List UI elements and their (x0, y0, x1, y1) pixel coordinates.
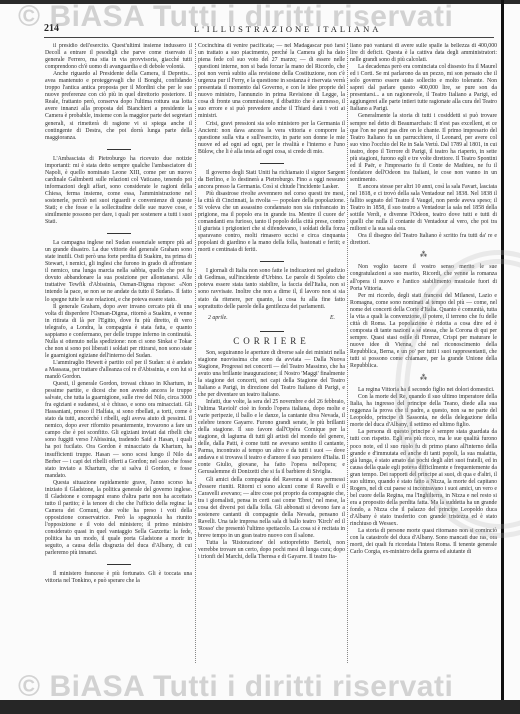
article-paragraph: Ora il disegno del Teatro Italiano è scr… (350, 233, 497, 247)
article-paragraph: E ancora stesse per altri 10 anni, così … (350, 184, 497, 233)
section-separator (107, 149, 131, 150)
article-paragraph: Più disastrose rivolte avvennero nel cor… (198, 191, 345, 254)
article-paragraph: Crisi, gravi pressioni sia solo minister… (198, 121, 345, 156)
dateline: 2 aprile. (208, 315, 228, 322)
article-paragraph: Il ministero francese è più fortunato. G… (45, 571, 192, 585)
section-heading: CORRIERE (198, 338, 345, 345)
article-paragraph: La campagna inglese nel Sudan essenziale… (45, 240, 192, 303)
article-paragraph: liano può vantarsi di avere sulle spalle… (350, 43, 497, 64)
column-divider (195, 43, 196, 663)
article-paragraph: Gli amici della compagnia del Ravenna si… (198, 477, 345, 540)
article-paragraph: La decadenza però era cominciata col dis… (350, 64, 497, 113)
section-separator (107, 564, 131, 565)
author-initial: E. (330, 315, 335, 322)
dateline-signature: 2 aprile.E. (198, 311, 345, 324)
article-paragraph: il presidio dell'esercito. Quest'ultimi … (45, 43, 192, 71)
section-separator (107, 233, 131, 234)
section-separator (260, 331, 284, 332)
article-paragraph: L'Ambasciata di Pietroburgo ha ricevuto … (45, 156, 192, 226)
article-paragraph: L'ammiraglio Hewett è partito col per il… (45, 360, 192, 381)
section-separator (260, 261, 284, 262)
column-1: il presidio dell'esercito. Quest'ultimi … (45, 43, 192, 663)
header-rule (44, 37, 494, 38)
article-paragraph: Il generale Graham, dopo aver invano cer… (45, 304, 192, 360)
article-paragraph: Questa situazione rapidamente grave, l'a… (45, 480, 192, 558)
article-paragraph: I giornali di Italia non sono fatte le i… (198, 268, 345, 310)
column-divider (347, 43, 348, 663)
article-paragraph: Generalmente la storia di tutti i cosidd… (350, 113, 497, 183)
article-paragraph: Son, seguiranno le aperture di diverse s… (198, 350, 345, 399)
copyright-watermark-top: © BiASA Tutti i diritti riservati (18, 0, 453, 34)
article-paragraph: Cocinchina di venire pacificata; — nel M… (198, 43, 345, 121)
article-paragraph: Infatti, due volte, la sera del 25 novem… (198, 399, 345, 477)
article-paragraph: Questi, il generale Gordon, trovasi chiu… (45, 381, 192, 480)
column-2: Cocinchina di venire pacificata; — nel M… (198, 43, 345, 663)
copyright-watermark-bottom: © BiASA Tutti i diritti riservati (18, 670, 453, 704)
article-paragraph: Tutta la 'Ristorazione' del sottoprefett… (198, 540, 345, 561)
section-separator (260, 163, 284, 164)
article-paragraph: Il governo degli Stati Uniti ha richiama… (198, 170, 345, 191)
article-paragraph: Anche riguardo al Presidente della Camer… (45, 71, 192, 141)
